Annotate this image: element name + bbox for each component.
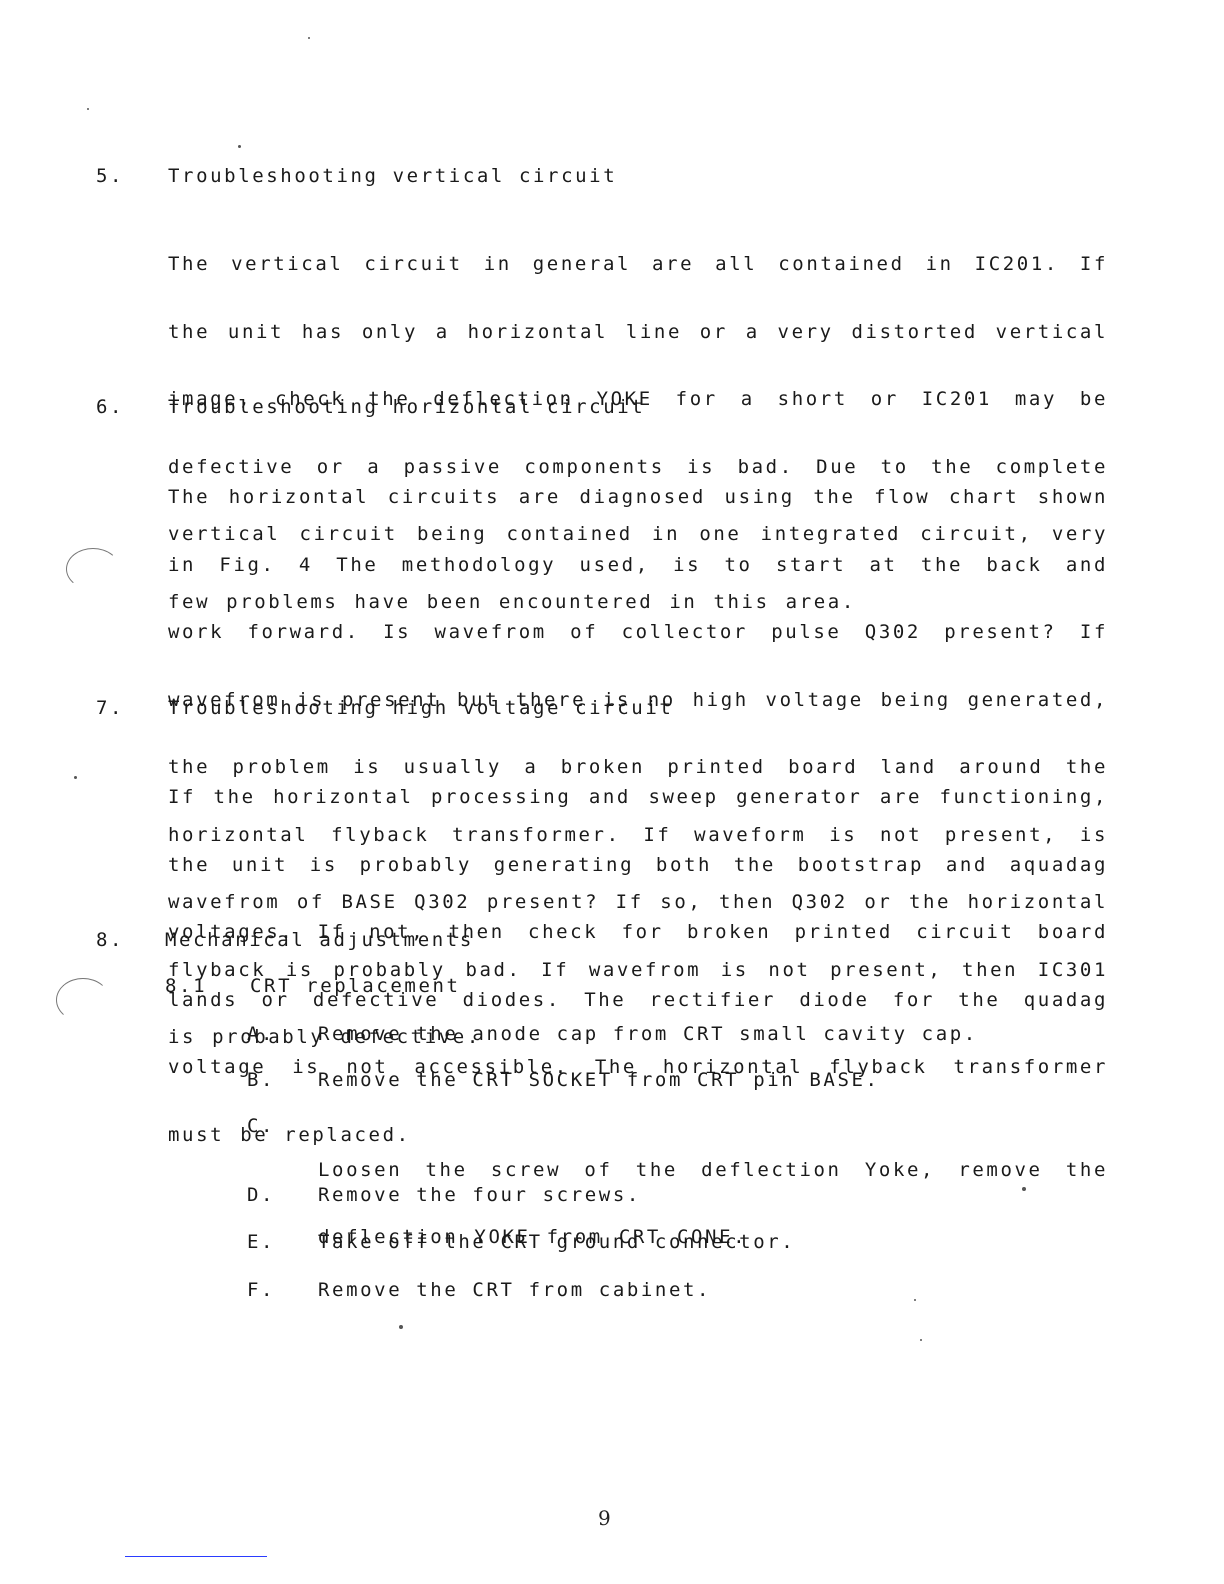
step-letter: C. xyxy=(247,1115,275,1137)
section-number: 8. xyxy=(96,929,124,951)
subsection-heading: CRT replacement xyxy=(250,975,461,997)
section-heading: Mechanical adjustments xyxy=(165,929,474,951)
section-heading: Troubleshooting horizontal circuit xyxy=(168,396,645,418)
paragraph-line: work forward. Is wavefrom of collector p… xyxy=(168,621,1108,645)
paragraph-line: the unit has only a horizontal line or a… xyxy=(168,321,1108,345)
step-text: Remove the CRT from cabinet. xyxy=(318,1279,1108,1301)
section-heading: Troubleshooting high voltage circuit xyxy=(168,697,673,719)
scan-speck xyxy=(238,145,241,148)
scan-speck xyxy=(308,37,310,39)
paragraph-line: If the horizontal processing and sweep g… xyxy=(168,786,1108,810)
paragraph-line: the unit is probably generating both the… xyxy=(168,854,1108,878)
scan-speck xyxy=(74,776,77,779)
subsection-number: 8.1 xyxy=(165,975,207,997)
step-letter: F. xyxy=(247,1279,275,1301)
step-line: Loosen the screw of the deflection Yoke,… xyxy=(318,1159,1108,1183)
step-letter: B. xyxy=(247,1069,275,1091)
scan-speck xyxy=(87,108,89,110)
margin-hole-mark xyxy=(56,978,110,1022)
margin-hole-mark xyxy=(66,548,120,590)
step-text: Take off the CRT ground connector. xyxy=(318,1231,1108,1253)
document-page: 5. Troubleshooting vertical circuit The … xyxy=(0,0,1224,1584)
step-text: Remove the CRT SOCKET from CRT pin BASE. xyxy=(318,1069,1108,1091)
scan-speck xyxy=(920,1339,922,1341)
paragraph-line: The vertical circuit in general are all … xyxy=(168,253,1108,277)
paragraph-line: The horizontal circuits are diagnosed us… xyxy=(168,486,1108,510)
page-number: 9 xyxy=(598,1506,611,1530)
paragraph-line: in Fig. 4 The methodology used, is to st… xyxy=(168,554,1108,578)
scan-speck xyxy=(399,1325,403,1329)
footnote-rule xyxy=(125,1556,267,1557)
step-letter: E. xyxy=(247,1231,275,1253)
section-number: 5. xyxy=(96,165,124,187)
section-number: 7. xyxy=(96,697,124,719)
step-letter: D. xyxy=(247,1184,275,1206)
section-heading: Troubleshooting vertical circuit xyxy=(168,165,617,187)
step-letter: A. xyxy=(247,1023,275,1045)
step-text: Remove the anode cap from CRT small cavi… xyxy=(318,1023,1108,1045)
section-number: 6. xyxy=(96,396,124,418)
step-text: Remove the four screws. xyxy=(318,1184,1108,1206)
